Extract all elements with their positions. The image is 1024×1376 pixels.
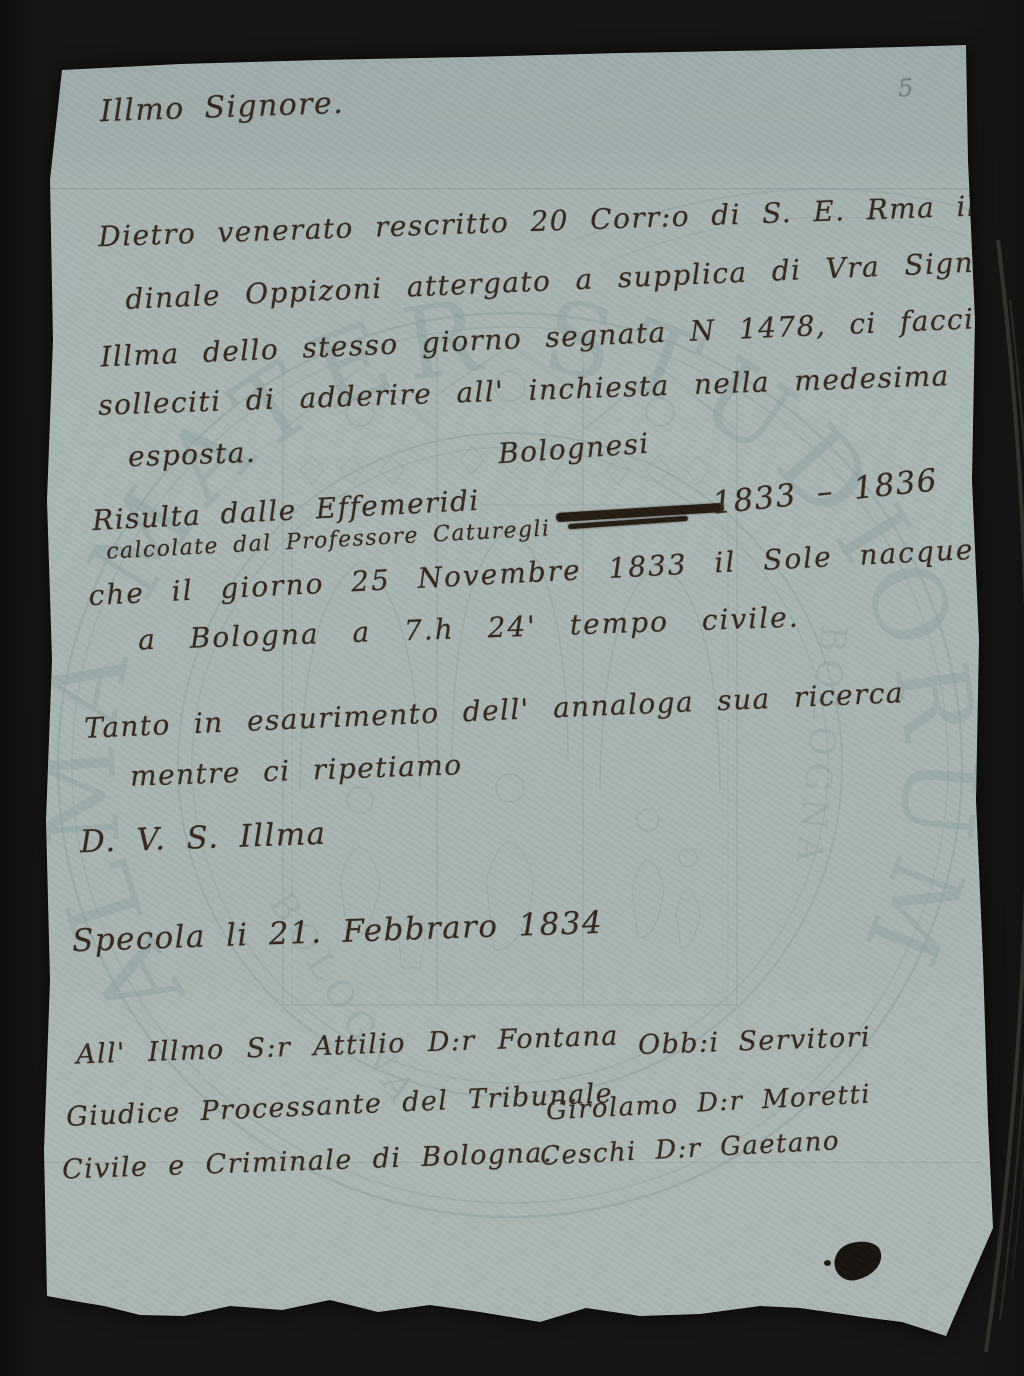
scanned-manuscript-page: { "page_number": "5", "letter": { "salut…	[0, 0, 1024, 1376]
paper-sheet: ALMA MATER STUDIORUM BOLOGNA BOLOGNA	[0, 0, 1024, 1376]
ink-speck	[824, 1260, 831, 1266]
paper-sheet-wrap: ALMA MATER STUDIORUM BOLOGNA BOLOGNA	[0, 0, 1024, 1376]
watermark-inner-text-right: BOLOGNA	[787, 623, 853, 871]
body-line: esposta.	[127, 436, 256, 473]
folio-number: 5	[897, 74, 914, 103]
